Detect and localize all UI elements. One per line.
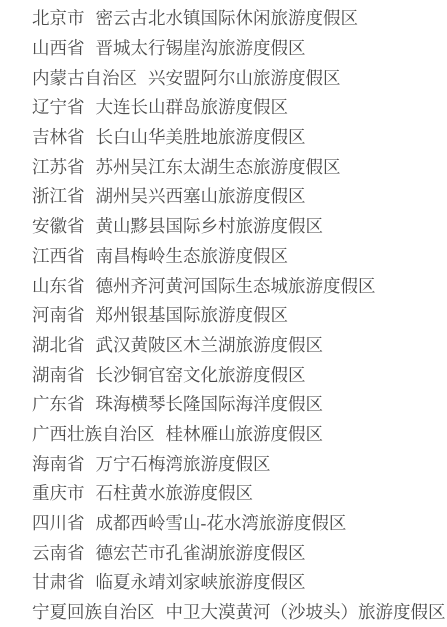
- list-item: 四川省成都西岭雪山-花水湾旅游度假区: [32, 508, 447, 538]
- resort-name: 武汉黄陂区木兰湖旅游度假区: [96, 332, 324, 357]
- list-item: 辽宁省大连长山群岛旅游度假区: [32, 92, 447, 122]
- list-item: 北京市密云古北水镇国际休闲旅游度假区: [32, 3, 447, 33]
- resort-name: 长沙铜官窑文化旅游度假区: [96, 362, 306, 387]
- province-label: 湖北省: [32, 332, 85, 357]
- list-item: 山西省晋城太行锡崖沟旅游度假区: [32, 33, 447, 63]
- list-item: 江苏省苏州吴江东太湖生态旅游度假区: [32, 151, 447, 181]
- resort-name: 成都西岭雪山-花水湾旅游度假区: [96, 510, 347, 535]
- list-item: 海南省万宁石梅湾旅游度假区: [32, 448, 447, 478]
- province-label: 海南省: [32, 451, 85, 476]
- province-label: 重庆市: [32, 480, 85, 505]
- list-item: 江西省南昌梅岭生态旅游度假区: [32, 241, 447, 271]
- resort-name: 密云古北水镇国际休闲旅游度假区: [96, 5, 359, 30]
- resort-name: 大连长山群岛旅游度假区: [96, 94, 289, 119]
- list-item: 河南省郑州银基国际旅游度假区: [32, 300, 447, 330]
- province-label: 江西省: [32, 243, 85, 268]
- resort-name: 珠海横琴长隆国际海洋度假区: [96, 391, 324, 416]
- province-label: 宁夏回族自治区: [32, 599, 155, 624]
- province-label: 山西省: [32, 35, 85, 60]
- province-label: 江苏省: [32, 154, 85, 179]
- resort-name: 临夏永靖刘家峡旅游度假区: [96, 569, 306, 594]
- province-label: 云南省: [32, 540, 85, 565]
- resort-name: 中卫大漠黄河（沙坡头）旅游度假区: [166, 599, 446, 624]
- province-label: 浙江省: [32, 183, 85, 208]
- province-label: 广东省: [32, 391, 85, 416]
- resort-name: 德州齐河黄河国际生态城旅游度假区: [96, 273, 376, 298]
- list-item: 广东省珠海横琴长隆国际海洋度假区: [32, 389, 447, 419]
- province-label: 甘肃省: [32, 569, 85, 594]
- list-item: 重庆市石柱黄水旅游度假区: [32, 478, 447, 508]
- province-label: 广西壮族自治区: [32, 421, 155, 446]
- province-label: 北京市: [32, 5, 85, 30]
- resort-name: 黄山黟县国际乡村旅游度假区: [96, 213, 324, 238]
- list-item: 山东省德州齐河黄河国际生态城旅游度假区: [32, 270, 447, 300]
- list-item: 广西壮族自治区桂林雁山旅游度假区: [32, 419, 447, 449]
- resort-name: 长白山华美胜地旅游度假区: [96, 124, 306, 149]
- province-label: 四川省: [32, 510, 85, 535]
- list-item: 安徽省黄山黟县国际乡村旅游度假区: [32, 211, 447, 241]
- resort-name: 南昌梅岭生态旅游度假区: [96, 243, 289, 268]
- resort-name: 郑州银基国际旅游度假区: [96, 302, 289, 327]
- province-label: 山东省: [32, 273, 85, 298]
- resort-name: 苏州吴江东太湖生态旅游度假区: [96, 154, 341, 179]
- province-label: 内蒙古自治区: [32, 65, 137, 90]
- list-item: 湖南省长沙铜官窑文化旅游度假区: [32, 359, 447, 389]
- resort-list: 北京市密云古北水镇国际休闲旅游度假区山西省晋城太行锡崖沟旅游度假区内蒙古自治区兴…: [0, 0, 447, 626]
- resort-name: 晋城太行锡崖沟旅游度假区: [96, 35, 306, 60]
- province-label: 安徽省: [32, 213, 85, 238]
- list-item: 内蒙古自治区兴安盟阿尔山旅游度假区: [32, 62, 447, 92]
- province-label: 吉林省: [32, 124, 85, 149]
- province-label: 河南省: [32, 302, 85, 327]
- resort-name: 德宏芒市孔雀湖旅游度假区: [96, 540, 306, 565]
- resort-name: 万宁石梅湾旅游度假区: [96, 451, 271, 476]
- list-item: 甘肃省临夏永靖刘家峡旅游度假区: [32, 567, 447, 597]
- list-item: 浙江省湖州吴兴西塞山旅游度假区: [32, 181, 447, 211]
- resort-name: 湖州吴兴西塞山旅游度假区: [96, 183, 306, 208]
- resort-name: 石柱黄水旅游度假区: [96, 480, 254, 505]
- list-item: 云南省德宏芒市孔雀湖旅游度假区: [32, 537, 447, 567]
- resort-name: 兴安盟阿尔山旅游度假区: [148, 65, 341, 90]
- list-item: 湖北省武汉黄陂区木兰湖旅游度假区: [32, 330, 447, 360]
- list-item: 吉林省长白山华美胜地旅游度假区: [32, 122, 447, 152]
- province-label: 辽宁省: [32, 94, 85, 119]
- province-label: 湖南省: [32, 362, 85, 387]
- resort-name: 桂林雁山旅游度假区: [166, 421, 324, 446]
- list-item: 宁夏回族自治区中卫大漠黄河（沙坡头）旅游度假区: [32, 597, 447, 627]
